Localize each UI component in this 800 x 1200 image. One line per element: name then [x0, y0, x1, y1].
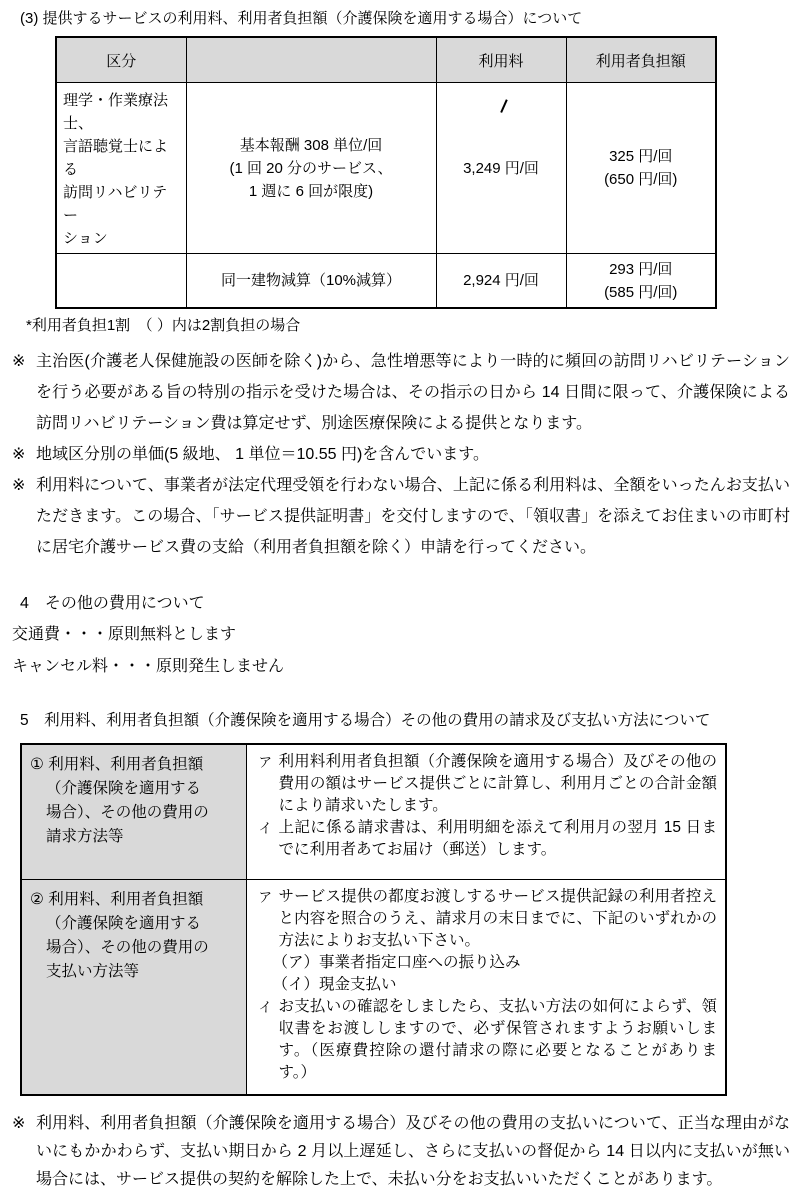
section-4-heading: 4 その他の費用について: [20, 589, 790, 619]
fee-table-header-row: 区分 利用料 利用者負担額: [56, 37, 716, 83]
page-title: (3) 提供するサービスの利用料、利用者負担額（介護保険を適用する場合）について: [20, 8, 790, 30]
billing-items-cell: ア利用料利用者負担額（介護保険を適用する場合）及びその他の費用の額はサービス提供…: [246, 744, 726, 880]
billing-label-cell: ① 利用料、利用者負担額 （介護保険を適用する 場合）、その他の費用の 請求方法…: [21, 744, 246, 880]
billing-item: イお支払いの確認をしましたら、支払い方法の如何によらず、領収書をお渡ししますので…: [255, 996, 718, 1084]
fee-table-header-copay: 利用者負担額: [566, 37, 716, 83]
billing-row-request-method: ① 利用料、利用者負担額 （介護保険を適用する 場合）、その他の費用の 請求方法…: [21, 744, 726, 880]
billing-label-text: ① 利用料、利用者負担額 （介護保険を適用する 場合）、その他の費用の 請求方法…: [30, 753, 238, 849]
fee-service-cell: 同一建物減算（10%減算）: [186, 254, 436, 309]
fee-category-cell: 理学・作業療法士、 言語聴覚士による 訪問リハビリテー ション: [56, 83, 186, 254]
item-text: サービス提供の都度お渡しするサービス提供記録の利用者控えと内容を照合のうえ、請求…: [279, 888, 718, 949]
billing-label-text: ② 利用料、利用者負担額 （介護保険を適用する 場合）、その他の費用の 支払い方…: [30, 888, 238, 984]
item-marker: イ: [259, 997, 273, 1019]
note-legal-agency-receipt: ※利用料について、事業者が法定代理受領を行わない場合、上記に係る利用料は、全額を…: [12, 470, 790, 563]
section-4-other-costs: 4 その他の費用について 交通費・・・原則無料とします キャンセル料・・・原則発…: [12, 589, 790, 683]
document-page: (3) 提供するサービスの利用料、利用者負担額（介護保険を適用する場合）について…: [0, 0, 800, 1200]
item-marker: ア: [259, 887, 273, 909]
note-text: 利用料、利用者負担額（介護保険を適用する場合）及びその他の費用の支払いについて、…: [36, 1115, 790, 1188]
copay-amount-cell: 293 円/回 (585 円/回): [566, 254, 716, 309]
billing-label-cell: ② 利用料、利用者負担額 （介護保険を適用する 場合）、その他の費用の 支払い方…: [21, 880, 246, 1096]
fee-table-header-blank: [186, 37, 436, 83]
payment-sub-item-cash: （イ）現金支払い: [273, 974, 718, 996]
stray-pen-mark: [500, 99, 507, 112]
payment-sub-item-bank-transfer: （ア）事業者指定口座への振り込み: [273, 952, 718, 974]
item-text: 上記に係る請求書は、利用明細を添えて利用月の翌月 15 日までに利用者あてお届け…: [279, 819, 718, 858]
transport-fee-line: 交通費・・・原則無料とします: [12, 619, 790, 651]
note-marker: ※: [12, 346, 25, 377]
item-text: 利用料利用者負担額（介護保険を適用する場合）及びその他の費用の額はサービス提供ご…: [279, 753, 718, 814]
fee-category-cell-empty: [56, 254, 186, 309]
notes-section: ※主治医(介護老人保健施設の医師を除く)から、急性増悪等により一時的に頻回の訪問…: [12, 346, 790, 563]
item-marker: ア: [259, 752, 273, 774]
note-late-payment: ※利用料、利用者負担額（介護保険を適用する場合）及びその他の費用の支払いについて…: [12, 1110, 790, 1194]
section-5-heading: 5 利用料、利用者負担額（介護保険を適用する場合）その他の費用の請求及び支払い方…: [20, 709, 790, 733]
fee-amount-cell: 3,249 円/回: [436, 83, 566, 254]
billing-table: ① 利用料、利用者負担額 （介護保険を適用する 場合）、その他の費用の 請求方法…: [20, 743, 727, 1096]
copay-amount-cell: 325 円/回 (650 円/回): [566, 83, 716, 254]
fee-table-footnote: *利用者負担1割 （ ）内は2割負担の場合: [26, 316, 790, 336]
fee-table: 区分 利用料 利用者負担額 理学・作業療法士、 言語聴覚士による 訪問リハビリテ…: [55, 36, 717, 309]
note-special-instruction: ※主治医(介護老人保健施設の医師を除く)から、急性増悪等により一時的に頻回の訪問…: [12, 346, 790, 439]
item-marker: イ: [259, 818, 273, 840]
billing-items-cell: アサービス提供の都度お渡しするサービス提供記録の利用者控えと内容を照合のうえ、請…: [246, 880, 726, 1096]
billing-item: ア利用料利用者負担額（介護保険を適用する場合）及びその他の費用の額はサービス提供…: [255, 751, 718, 817]
billing-row-payment-method: ② 利用料、利用者負担額 （介護保険を適用する 場合）、その他の費用の 支払い方…: [21, 880, 726, 1096]
item-text: お支払いの確認をしましたら、支払い方法の如何によらず、領収書をお渡ししますので、…: [279, 998, 718, 1081]
fee-table-header-category: 区分: [56, 37, 186, 83]
billing-item: イ上記に係る請求書は、利用明細を添えて利用月の翌月 15 日までに利用者あてお届…: [255, 817, 718, 861]
fee-service-cell: 基本報酬 308 単位/回 (1 回 20 分のサービス、 1 週に 6 回が限…: [186, 83, 436, 254]
note-text: 主治医(介護老人保健施設の医師を除く)から、急性増悪等により一時的に頻回の訪問リ…: [36, 353, 790, 432]
fee-amount-cell: 2,924 円/回: [436, 254, 566, 309]
note-text: 利用料について、事業者が法定代理受領を行わない場合、上記に係る利用料は、全額をい…: [36, 477, 790, 556]
fee-table-row-basic: 理学・作業療法士、 言語聴覚士による 訪問リハビリテー ション 基本報酬 308…: [56, 83, 716, 254]
fee-table-header-fee: 利用料: [436, 37, 566, 83]
fee-amount-value: 3,249 円/回: [463, 160, 539, 177]
fee-table-row-reduction: 同一建物減算（10%減算） 2,924 円/回 293 円/回 (585 円/回…: [56, 254, 716, 309]
note-marker: ※: [12, 1110, 25, 1138]
note-marker: ※: [12, 439, 25, 470]
note-text: 地域区分別の単価(5 級地、 1 単位＝10.55 円)を含んでいます。: [36, 446, 489, 463]
note-area-unit-price: ※地域区分別の単価(5 級地、 1 単位＝10.55 円)を含んでいます。: [12, 439, 790, 470]
billing-item: アサービス提供の都度お渡しするサービス提供記録の利用者控えと内容を照合のうえ、請…: [255, 886, 718, 996]
note-marker: ※: [12, 470, 25, 501]
cancel-fee-line: キャンセル料・・・原則発生しません: [12, 651, 790, 683]
